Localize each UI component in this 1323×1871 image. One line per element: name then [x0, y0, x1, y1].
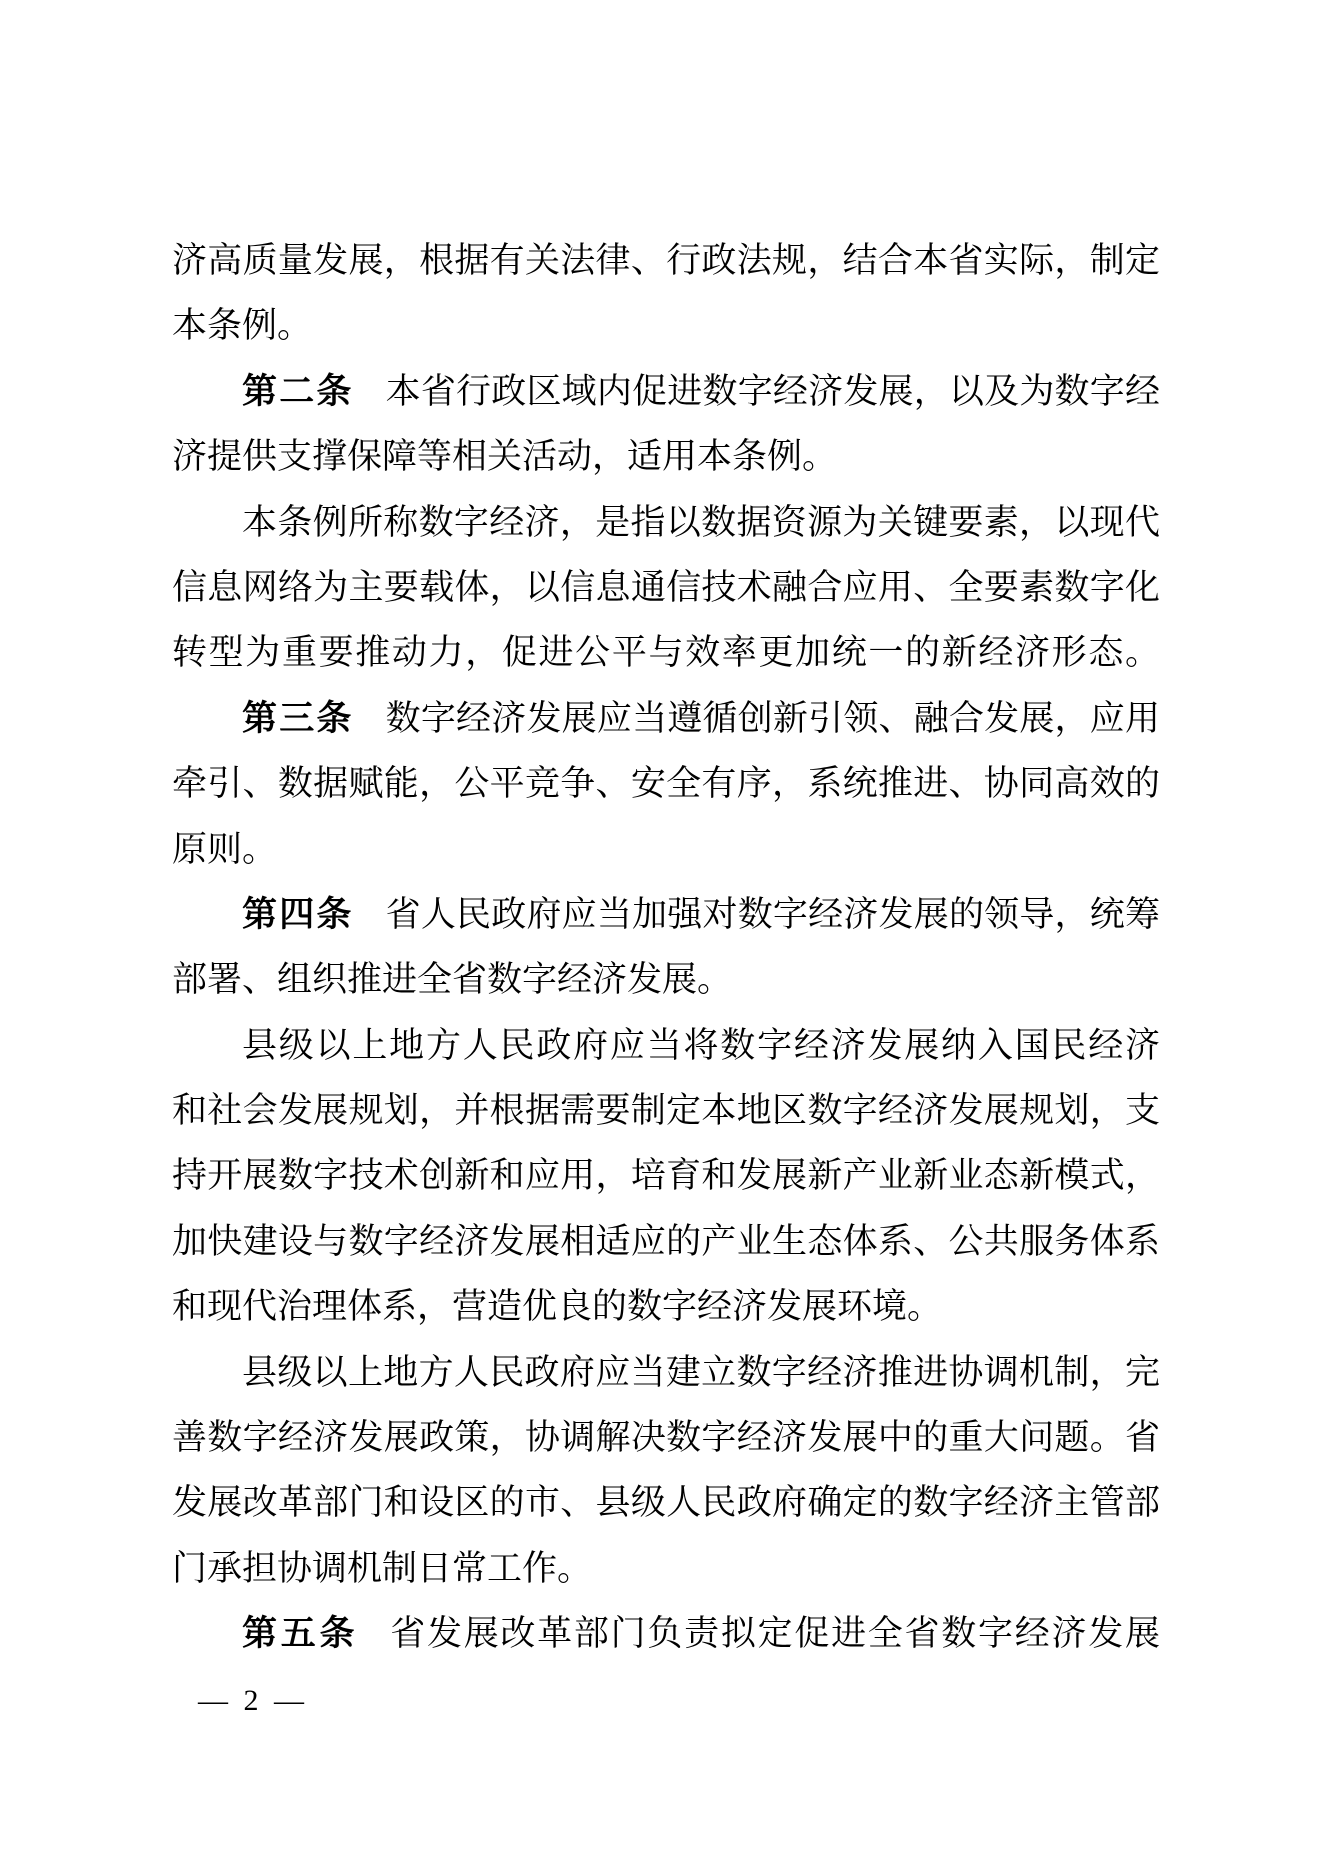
text-line: 部署、组织推进全省数字经济发展。 [172, 947, 1160, 1012]
text-line: 本条例所称数字经济，是指以数据资源为关键要素，以现代 [172, 490, 1160, 555]
line-text: 持开展数字技术创新和应用，培育和发展新产业新业态新模式， [172, 1156, 1160, 1195]
document-page: 济高质量发展，根据有关法律、行政法规，结合本省实际，制定 本条例。 第二条本省行… [0, 0, 1323, 1871]
line-text: 县级以上地方人民政府应当建立数字经济推进协调机制，完 [242, 1353, 1160, 1392]
page-number: — 2 — [198, 1684, 308, 1718]
line-text: 原则。 [172, 830, 277, 869]
text-line: 县级以上地方人民政府应当建立数字经济推进协调机制，完 [172, 1340, 1160, 1405]
line-text: 本条例。 [172, 306, 312, 345]
article-number: 第四条 [242, 895, 354, 934]
text-line: 善数字经济发展政策，协调解决数字经济发展中的重大问题。省 [172, 1405, 1160, 1470]
line-text: 转型为重要推动力，促进公平与效率更加统一的新经济形态。 [172, 633, 1160, 672]
text-line: 发展改革部门和设区的市、县级人民政府确定的数字经济主管部 [172, 1470, 1160, 1535]
line-text: 发展改革部门和设区的市、县级人民政府确定的数字经济主管部 [172, 1483, 1160, 1522]
line-text: 善数字经济发展政策，协调解决数字经济发展中的重大问题。省 [172, 1418, 1160, 1457]
text-line: 第四条省人民政府应当加强对数字经济发展的领导，统筹 [172, 882, 1160, 947]
line-text: 信息网络为主要载体，以信息通信技术融合应用、全要素数字化 [172, 568, 1160, 607]
text-line: 转型为重要推动力，促进公平与效率更加统一的新经济形态。 [172, 620, 1160, 685]
document-body: 济高质量发展，根据有关法律、行政法规，结合本省实际，制定 本条例。 第二条本省行… [172, 228, 1160, 1667]
line-text: 本条例所称数字经济，是指以数据资源为关键要素，以现代 [242, 503, 1160, 542]
line-text: 门承担协调机制日常工作。 [172, 1549, 592, 1588]
text-line: 门承担协调机制日常工作。 [172, 1536, 1160, 1601]
text-line: 第三条数字经济发展应当遵循创新引领、融合发展，应用 [172, 686, 1160, 751]
line-text: 济高质量发展，根据有关法律、行政法规，结合本省实际，制定 [172, 241, 1160, 280]
line-text: 加快建设与数字经济发展相适应的产业生态体系、公共服务体系 [172, 1222, 1160, 1261]
line-text: 县级以上地方人民政府应当将数字经济发展纳入国民经济 [242, 1026, 1160, 1065]
text-line: 和现代治理体系，营造优良的数字经济发展环境。 [172, 1274, 1160, 1339]
text-line: 牵引、数据赋能，公平竞争、安全有序，系统推进、协同高效的 [172, 751, 1160, 816]
text-line: 持开展数字技术创新和应用，培育和发展新产业新业态新模式， [172, 1143, 1160, 1208]
text-line: 加快建设与数字经济发展相适应的产业生态体系、公共服务体系 [172, 1209, 1160, 1274]
text-line: 和社会发展规划，并根据需要制定本地区数字经济发展规划，支 [172, 1078, 1160, 1143]
article-number: 第二条 [242, 372, 354, 411]
line-text: 济提供支撑保障等相关活动，适用本条例。 [172, 437, 837, 476]
text-line: 第二条本省行政区域内促进数字经济发展，以及为数字经 [172, 359, 1160, 424]
article-number: 第五条 [242, 1614, 358, 1653]
line-text: 和社会发展规划，并根据需要制定本地区数字经济发展规划，支 [172, 1091, 1160, 1130]
line-text: 省发展改革部门负责拟定促进全省数字经济发展 [390, 1614, 1160, 1653]
line-text: 省人民政府应当加强对数字经济发展的领导，统筹 [386, 895, 1160, 934]
text-line: 本条例。 [172, 293, 1160, 358]
text-line: 济高质量发展，根据有关法律、行政法规，结合本省实际，制定 [172, 228, 1160, 293]
text-line: 第五条省发展改革部门负责拟定促进全省数字经济发展 [172, 1601, 1160, 1666]
line-text: 和现代治理体系，营造优良的数字经济发展环境。 [172, 1287, 942, 1326]
text-line: 县级以上地方人民政府应当将数字经济发展纳入国民经济 [172, 1013, 1160, 1078]
article-number: 第三条 [242, 699, 354, 738]
text-line: 济提供支撑保障等相关活动，适用本条例。 [172, 424, 1160, 489]
line-text: 本省行政区域内促进数字经济发展，以及为数字经 [386, 372, 1160, 411]
line-text: 牵引、数据赋能，公平竞争、安全有序，系统推进、协同高效的 [172, 764, 1160, 803]
text-line: 原则。 [172, 817, 1160, 882]
text-line: 信息网络为主要载体，以信息通信技术融合应用、全要素数字化 [172, 555, 1160, 620]
line-text: 数字经济发展应当遵循创新引领、融合发展，应用 [386, 699, 1160, 738]
line-text: 部署、组织推进全省数字经济发展。 [172, 960, 732, 999]
